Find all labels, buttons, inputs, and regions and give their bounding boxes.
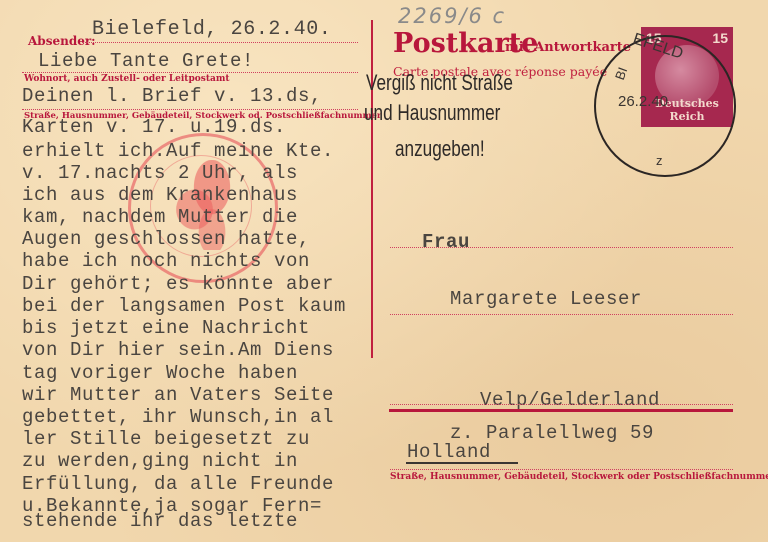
- letter-line: v. 17.nachts 2 Uhr, als: [22, 164, 298, 183]
- letter-line: zu werden,ging nicht in: [22, 452, 298, 471]
- letter-line: Deinen l. Brief v. 13.ds,: [22, 87, 322, 106]
- slogan-line: Vergiß nicht Straße: [366, 70, 513, 96]
- city-underline: [389, 409, 733, 412]
- postkarte-subtitle: mit Antwortkarte: [505, 40, 631, 55]
- recipient-salutation: Frau: [422, 233, 470, 252]
- archive-number: 2269/6 c: [398, 4, 506, 28]
- letter-line: kam, nachdem Mutter die: [22, 208, 298, 227]
- letter-line: von Dir hier sein.Am Diens: [22, 341, 334, 360]
- letter-line: bei der langsamen Post kaum: [22, 297, 346, 316]
- absender-label: Absender:: [28, 34, 96, 48]
- recipient-strasse-label: Straße, Hausnummer, Gebäudeteil, Stockwe…: [390, 472, 768, 482]
- letter-line: bis jetzt eine Nachricht: [22, 319, 310, 338]
- wohnort-label: Wohnort, auch Zustell- oder Leitpostamt: [24, 74, 230, 84]
- slogan-line: anzugeben!: [395, 136, 485, 162]
- letter-line: stehende ihr das letzte: [22, 512, 298, 531]
- letter-line: tag voriger Woche haben: [22, 364, 298, 383]
- recipient-city: Velp/Gelderland: [480, 391, 660, 410]
- recipient-country: Holland: [407, 443, 491, 462]
- letter-line: Dir gehört; es könnte aber: [22, 275, 334, 294]
- postcard: 2269/6 c Absender: Wohnort, auch Zustell…: [0, 0, 768, 542]
- postmark-date: 26.2.40: [618, 93, 668, 110]
- letter-line: Bielefeld, 26.2.40.: [92, 20, 331, 40]
- letter-line: erhielt ich.Auf meine Kte.: [22, 142, 334, 161]
- letter-line: Karten v. 17. u.19.ds.: [22, 118, 286, 137]
- letter-line: Augen geschlossen hatte,: [22, 230, 310, 249]
- letter-line: ler Stille beigesetzt zu: [22, 430, 310, 449]
- letter-line: Liebe Tante Grete!: [38, 52, 254, 71]
- letter-line: gebettet, ihr Wunsch,in al: [22, 408, 334, 427]
- stamp-value: 15: [712, 30, 728, 46]
- slogan-line: und Hausnummer: [364, 100, 500, 126]
- letter-line: ich aus dem Krankenhaus: [22, 186, 298, 205]
- postmark-letter: z: [656, 153, 663, 168]
- letter-line: habe ich noch nichts von: [22, 252, 310, 271]
- letter-line: Erfüllung, da alle Freunde: [22, 475, 334, 494]
- letter-line: wir Mutter an Vaters Seite: [22, 386, 334, 405]
- recipient-name: Margarete Leeser: [450, 290, 642, 309]
